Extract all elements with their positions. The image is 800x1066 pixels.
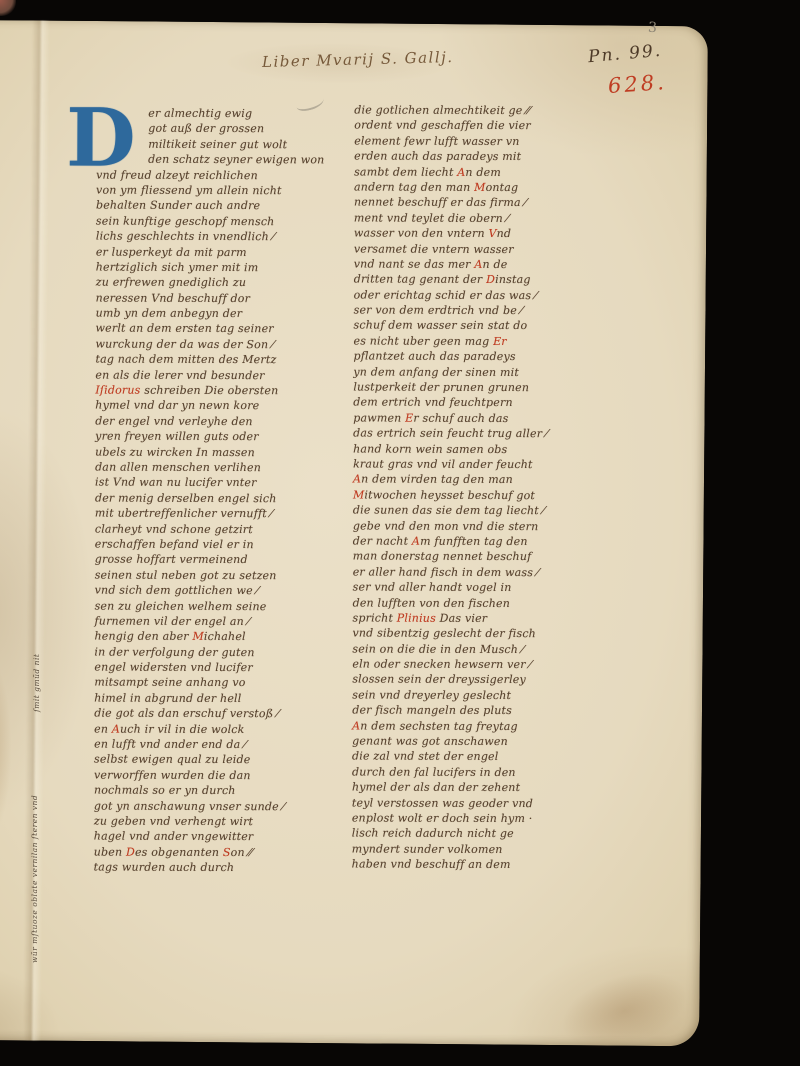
text-line: An dem virden tag den man	[353, 472, 653, 488]
text-line: er lusperkeyt da mit parm	[96, 244, 356, 260]
text-line: wurckung der da was der Son ⁄	[95, 336, 355, 352]
text-line: hengig den aber Michahel	[94, 629, 354, 645]
text-line: lustperkeit der prunen grunen	[353, 380, 653, 396]
text-line: hagel vnd ander vngewitter	[94, 829, 354, 845]
text-line: hymel der als dan der zehent	[352, 780, 652, 796]
text-line: tag nach dem mitten des Mertz	[95, 352, 355, 368]
text-line: ser von dem erdtrich vnd be ⁄	[354, 303, 654, 319]
marginalia-vertical-upper: ſmit gmũd nit	[32, 632, 41, 712]
text-line: ordent vnd geschaffen die vier	[354, 118, 654, 134]
ink-layer: Liber Mvarij S. Gallj. 3 Pn. 99. 628. D …	[0, 0, 800, 1066]
text-line: die sunen das sie dem tag liecht ⁄	[353, 503, 653, 519]
text-line: enplost wolt er doch sein hym ·	[352, 810, 652, 826]
text-line: nennet beschuff er das firma ⁄	[354, 195, 654, 211]
text-line: erden auch das paradeys mit	[354, 149, 654, 165]
text-line: eln oder snecken hewsern ver ⁄	[352, 657, 652, 673]
text-line: sein vnd dreyerley geslecht	[352, 687, 652, 703]
text-line: slossen sein der dreyssigerley	[352, 672, 652, 688]
text-line: die got als dan erschuf verstoß ⁄	[94, 706, 354, 722]
text-line: mitsampt seine anhang vo	[94, 675, 354, 691]
text-line: schuf dem wasser sein stat do	[354, 318, 654, 334]
text-line: kraut gras vnd vil ander feucht	[353, 456, 653, 472]
text-line: durch den fal lucifers in den	[352, 764, 652, 780]
text-column-right: die gotlichen almechtikeit ge ⁄⁄ordent v…	[352, 102, 655, 873]
text-line: engel widersten vnd lucifer	[94, 660, 354, 676]
text-line: man donerstag nennet beschuf	[353, 549, 653, 565]
text-line: himel in abgrund der hell	[94, 690, 354, 706]
text-line: ment vnd teylet die obern ⁄	[354, 210, 654, 226]
text-line: uben Des obgenanten Son ⁄⁄	[94, 844, 354, 860]
text-line: element fewr lufft wasser vn	[354, 133, 654, 149]
text-line: in der verfolgung der guten	[94, 644, 354, 660]
text-line: dan allen menschen verlihen	[95, 460, 355, 476]
text-line: hymel vnd dar yn newn kore	[95, 398, 355, 414]
text-line: die zal vnd stet der engel	[352, 749, 652, 765]
header-inscription: Liber Mvarij S. Gallj.	[262, 47, 492, 71]
text-line: werlt an dem ersten tag seiner	[96, 321, 356, 337]
text-line: en als die lerer vnd besunder	[95, 367, 355, 383]
text-line: der nacht Am funfften tag den	[353, 533, 653, 549]
text-line: hand korn wein samen obs	[353, 441, 653, 457]
text-line: clarheyt vnd schone getzirt	[95, 521, 355, 537]
text-line: sen zu gleichen welhem seine	[95, 598, 355, 614]
text-line: neressen Vnd beschuff dor	[96, 290, 356, 306]
text-line: seinen stul neben got zu setzen	[95, 567, 355, 583]
text-line: vnd nant se das mer An de	[354, 256, 654, 272]
text-line: An dem sechsten tag freytag	[352, 718, 652, 734]
text-line: hertziglich sich ymer mit im	[96, 259, 356, 275]
text-line: andern tag den man Montag	[354, 179, 654, 195]
text-line: sein kunftige geschopf mensch	[96, 213, 356, 229]
text-line: furnemen vil der engel an ⁄	[95, 613, 355, 629]
text-line: ubels zu wircken In massen	[95, 444, 355, 460]
text-line: von ym fliessend ym allein nicht	[96, 183, 356, 199]
illuminated-initial-d: D	[66, 101, 136, 173]
text-line: yn dem anfang der sinen mit	[353, 364, 653, 380]
text-line: vnd sibentzig geslecht der fisch	[352, 626, 652, 642]
text-line: teyl verstossen was geoder vnd	[352, 795, 652, 811]
text-line: wasser von den vntern Vnd	[354, 226, 654, 242]
text-line: ser vnd aller handt vogel in	[353, 580, 653, 596]
text-line: nochmals so er yn durch	[94, 783, 354, 799]
text-line: der engel vnd verleyhe den	[95, 413, 355, 429]
text-line: got yn anschawung vnser sunde ⁄	[94, 798, 354, 814]
text-line: yren freyen willen guts oder	[95, 429, 355, 445]
text-line: er aller hand fisch in dem wass ⁄	[353, 564, 653, 580]
text-line: myndert sunder volkomen	[352, 841, 652, 857]
text-column-left: D er almechtig ewiggot auß der grossenmi…	[94, 106, 357, 876]
text-line: behalten Sunder auch andre	[96, 198, 356, 214]
text-line: es nicht uber geen mag Er	[353, 333, 653, 349]
text-line: der fisch mangeln des pluts	[352, 703, 652, 719]
text-line: mit ubertreffenlicher vernufft ⁄	[95, 506, 355, 522]
text-line: Iſidorus schreiben Die obersten	[95, 383, 355, 399]
text-line: sein on die die in den Musch ⁄	[352, 641, 652, 657]
text-line: spricht Plinius Das vier	[353, 610, 653, 626]
text-line: en Auch ir vil in die wolck	[94, 721, 354, 737]
folio-number-pencil: 3	[647, 20, 657, 37]
text-line: sambt dem liecht An dem	[354, 164, 654, 180]
text-line: umb yn dem anbegyn der	[96, 306, 356, 322]
text-line: zu geben vnd verhengt wirt	[94, 814, 354, 830]
text-line: dritten tag genant der Dinstag	[354, 272, 654, 288]
text-line: den lufften von den fischen	[353, 595, 653, 611]
text-line: gebe vnd den mon vnd die stern	[353, 518, 653, 534]
text-line: en lufft vnd ander end da ⁄	[94, 737, 354, 753]
text-line: verworffen wurden die dan	[94, 767, 354, 783]
text-line: lichs geschlechts in vnendlich ⁄	[96, 229, 356, 245]
text-line: lisch reich dadurch nicht ge	[352, 826, 652, 842]
text-line: selbst ewigen qual zu leide	[94, 752, 354, 768]
text-line: genant was got anschawen	[352, 733, 652, 749]
text-line: grosse hoffart vermeinend	[95, 552, 355, 568]
text-line: der menig derselben engel sich	[95, 490, 355, 506]
text-line: vnd sich dem gottlichen we ⁄	[95, 583, 355, 599]
text-line: Mitwochen heysset beschuf got	[353, 487, 653, 503]
text-line: pawmen Er schuf auch das	[353, 410, 653, 426]
text-line: versamet die vntern wasser	[354, 241, 654, 257]
text-line: tags wurden auch durch	[94, 860, 354, 876]
marginalia-vertical-lower: wūr mſtuoze oblate vernilan ſteren vnd	[30, 808, 39, 963]
text-line: dem ertrich vnd feuchtpern	[353, 395, 653, 411]
text-line: haben vnd beschuff an dem	[352, 857, 652, 873]
text-line: das ertrich sein feucht trug aller ⁄	[353, 426, 653, 442]
text-line: zu erfrewen gnediglich zu	[96, 275, 356, 291]
text-line: ist Vnd wan nu lucifer vnter	[95, 475, 355, 491]
text-line: die gotlichen almechtikeit ge ⁄⁄	[354, 102, 654, 118]
text-line: pflantzet auch das paradeys	[353, 349, 653, 365]
text-line: erschaffen befand viel er in	[95, 536, 355, 552]
text-line: oder erichtag schid er das was ⁄	[354, 287, 654, 303]
manuscript-scan: Liber Mvarij S. Gallj. 3 Pn. 99. 628. D …	[0, 0, 800, 1066]
shelfmark-inscription: Pn. 99.	[587, 41, 663, 67]
page-number-red: 628.	[607, 70, 667, 98]
